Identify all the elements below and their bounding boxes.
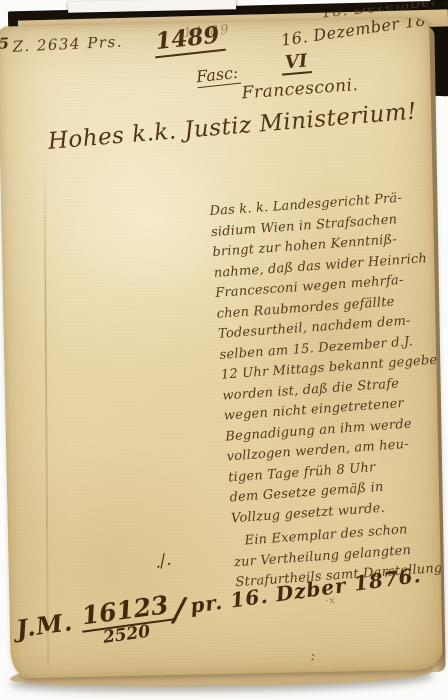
fascicle-name: Francesconi.: [241, 75, 359, 104]
colon-mark: :: [310, 648, 315, 664]
body-paragraph-1: Das k. k. Landesgericht Prä- sidium Wien…: [209, 186, 443, 529]
body-text: Das k. k. Landesgericht Prä- sidium Wien…: [209, 186, 443, 593]
footer-registry: J.M.: [14, 607, 74, 643]
date-line: 16. Dezember 1876: [280, 18, 443, 50]
manuscript-page: 14 89 5 Z. 2634 Prs. 1489 16. Dezember 1…: [0, 18, 443, 679]
footer-separator: /: [173, 591, 185, 629]
file-number: Z. 2634 Prs.: [12, 33, 123, 56]
fascicle-label: Fasc:: [195, 63, 241, 89]
edge-number: 5: [0, 34, 9, 52]
fascicle-number: VI: [280, 50, 312, 76]
photo-background: { "document": { "edge_mark": "5", "heade…: [0, 0, 448, 700]
document-number: 1489: [152, 21, 226, 58]
